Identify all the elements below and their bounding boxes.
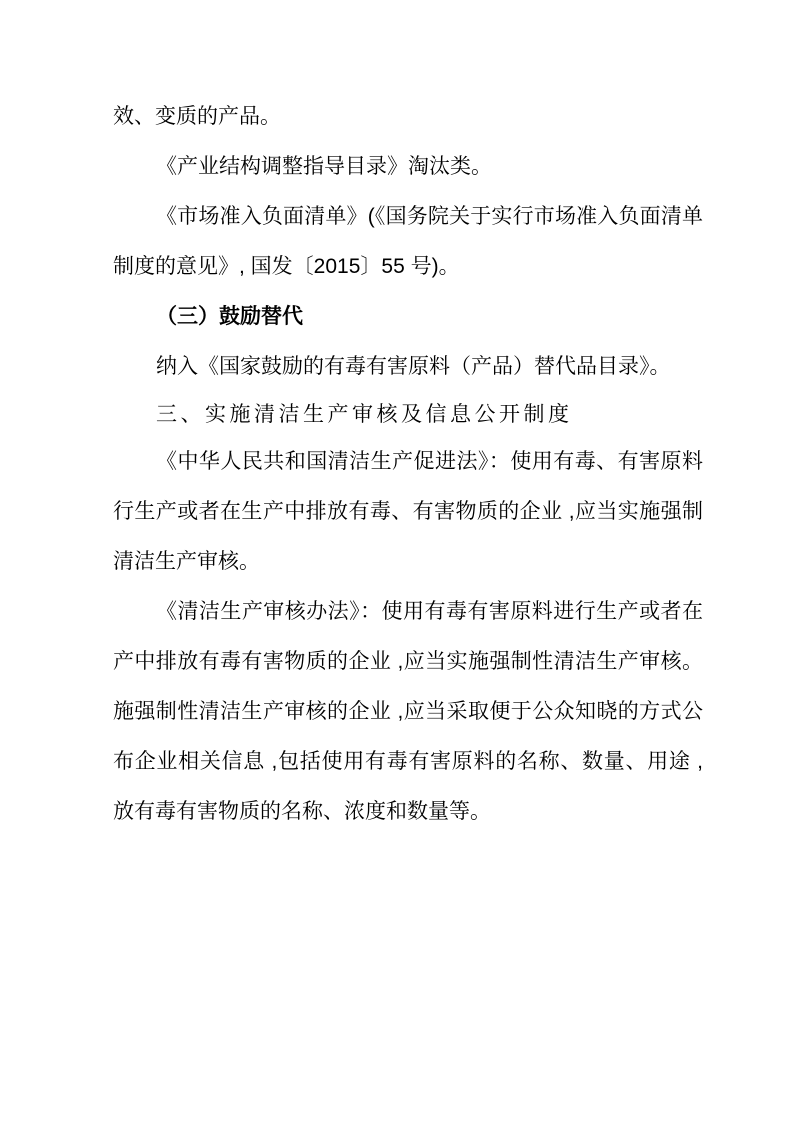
heading-line: （三）鼓励替代 xyxy=(113,292,703,342)
heading-line: 三、实施清洁生产审核及信息公开制度 xyxy=(113,392,703,437)
text-line: 行生产或者在生产中排放有毒、有害物质的企业 ,应当实施强制性 xyxy=(113,487,703,537)
text-line: 放有毒有害物质的名称、浓度和数量等。 xyxy=(113,787,703,837)
text-line: 清洁生产审核。 xyxy=(113,537,703,587)
heading-encourage-substitution: （三）鼓励替代 xyxy=(113,292,703,342)
text-line: 施强制性清洁生产审核的企业 ,应当采取便于公众知晓的方式公 xyxy=(113,687,703,737)
paragraph-product-continuation: 效、变质的产品。 xyxy=(113,92,703,142)
document-page: 效、变质的产品。 《产业结构调整指导目录》淘汰类。 《市场准入负面清单》(《国务… xyxy=(113,92,703,837)
paragraph-audit-measures: 《清洁生产审核办法》：使用有毒有害原料进行生产或者在生 产中排放有毒有害物质的企… xyxy=(113,587,703,837)
text-line: 纳入《国家鼓励的有毒有害原料（产品）替代品目录》。 xyxy=(113,342,703,392)
text-line: 布企业相关信息 ,包括使用有毒有害原料的名称、数量、用途 ,排 xyxy=(113,737,703,787)
paragraph-promotion-law: 《中华人民共和国清洁生产促进法》：使用有毒、有害原料进 行生产或者在生产中排放有… xyxy=(113,437,703,587)
paragraph-industry-catalog: 《产业结构调整指导目录》淘汰类。 xyxy=(113,142,703,192)
text-line: 制度的意见》, 国发〔2015〕55 号)。 xyxy=(113,242,703,292)
paragraph-market-access-list: 《市场准入负面清单》(《国务院关于实行市场准入负面清单 制度的意见》, 国发〔2… xyxy=(113,192,703,292)
text-line: 效、变质的产品。 xyxy=(113,92,703,142)
text-line: 《中华人民共和国清洁生产促进法》：使用有毒、有害原料进 xyxy=(113,437,703,487)
text-line: 产中排放有毒有害物质的企业 ,应当实施强制性清洁生产审核。实 xyxy=(113,637,703,687)
text-line: 《市场准入负面清单》(《国务院关于实行市场准入负面清单 xyxy=(113,192,703,242)
text-line: 《产业结构调整指导目录》淘汰类。 xyxy=(113,142,703,192)
paragraph-substitute-catalog: 纳入《国家鼓励的有毒有害原料（产品）替代品目录》。 xyxy=(113,342,703,392)
heading-clean-production-audit: 三、实施清洁生产审核及信息公开制度 xyxy=(113,392,703,437)
text-line: 《清洁生产审核办法》：使用有毒有害原料进行生产或者在生 xyxy=(113,587,703,637)
